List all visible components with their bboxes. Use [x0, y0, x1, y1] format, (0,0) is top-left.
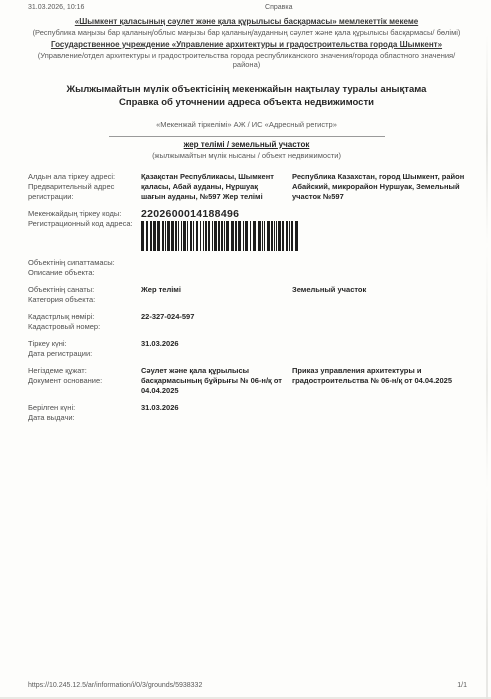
field-value-kk: 22-327-024-597	[141, 312, 283, 322]
field-row-object-description: Объектінің сипаттамасы: Описание объекта…	[28, 258, 465, 278]
field-label-ru: Описание объекта:	[28, 268, 134, 278]
field-value-kk: 31.03.2026	[141, 339, 283, 349]
document-title: Жылжымайтын мүлік объектісінің мекенжайы…	[28, 83, 465, 109]
field-value-kk: Қазақстан Республикасы, Шымкент қаласы, …	[141, 172, 283, 202]
field-value-ru: Республика Казахстан, город Шымкент, рай…	[292, 172, 476, 202]
source-system-line: «Мекенжай тіркелімі» АЖ / ИС «Адресный р…	[28, 120, 465, 129]
fields-table: Алдын ала тіркеу адресі: Предварительный…	[28, 172, 465, 423]
page-number: 1/1	[457, 682, 467, 689]
field-label-kk: Алдын ала тіркеу адресі:	[28, 172, 134, 182]
document-title-kk: Жылжымайтын мүлік объектісінің мекенжайы…	[28, 83, 465, 96]
field-label-kk: Объектінің санаты:	[28, 285, 134, 295]
print-footer: https://10.245.12.5/ar/information/i/0/3…	[28, 682, 467, 689]
field-label-ru: Регистрационный код адреса:	[28, 219, 134, 229]
print-url: https://10.245.12.5/ar/information/i/0/3…	[28, 682, 202, 689]
field-label-ru: Дата регистрации:	[28, 349, 134, 359]
org-note-ru: (Управление/отдел архитектуры и градостр…	[28, 51, 465, 70]
field-label-kk: Мекенжайдың тіркеу коды:	[28, 209, 134, 219]
field-label-kk: Тіркеу күні:	[28, 339, 134, 349]
print-header: 31.03.2026, 10:16 Справка	[28, 4, 467, 11]
field-value-kk: 31.03.2026	[141, 403, 283, 413]
field-label-ru: Документ основание:	[28, 376, 134, 386]
field-value-kk: Жер телімі	[141, 285, 283, 295]
field-label-kk: Объектінің сипаттамасы:	[28, 258, 134, 268]
field-row-basis-document: Негіздеме құжат: Документ основание: Сәу…	[28, 366, 465, 396]
field-label-ru: Предварительный адрес регистрации:	[28, 182, 134, 202]
field-value-kk: Сәулет және қала құрылысы басқармасының …	[141, 366, 283, 396]
field-value-ru: Земельный участок	[292, 285, 476, 295]
field-row-cadastral-number: Кадастрлық нөмірі: Кадастровый номер: 22…	[28, 312, 465, 332]
field-row-registration-date: Тіркеу күні: Дата регистрации: 31.03.202…	[28, 339, 465, 359]
org-name-kk: «Шымкент қаласының сәулет және қала құры…	[28, 17, 465, 27]
field-row-preliminary-address: Алдын ала тіркеу адресі: Предварительный…	[28, 172, 465, 202]
field-label-ru: Дата выдачи:	[28, 413, 134, 423]
registration-code-value: 2202600014188496	[141, 209, 341, 219]
field-row-issue-date: Берілген күні: Дата выдачи: 31.03.2026	[28, 403, 465, 423]
object-type-note: (жылжымайтын мүлік нысаны / объект недви…	[28, 151, 465, 160]
barcode	[141, 221, 298, 251]
print-datetime: 31.03.2026, 10:16	[28, 4, 84, 11]
field-value-ru: Приказ управления архитектуры и градостр…	[292, 366, 476, 386]
field-label-ru: Категория объекта:	[28, 295, 134, 305]
object-type-title: жер телімі / земельный участок	[28, 140, 465, 149]
field-row-registration-code: Мекенжайдың тіркеу коды: Регистрационный…	[28, 209, 465, 251]
field-label-ru: Кадастровый номер:	[28, 322, 134, 332]
field-label-kk: Берілген күні:	[28, 403, 134, 413]
document-title-ru: Справка об уточнении адреса объекта недв…	[28, 96, 465, 109]
field-row-object-category: Объектінің санаты: Категория объекта: Же…	[28, 285, 465, 305]
field-label-kk: Негіздеме құжат:	[28, 366, 134, 376]
divider-line	[109, 136, 385, 137]
field-label-kk: Кадастрлық нөмірі:	[28, 312, 134, 322]
org-note-kk: (Республика маңызы бар қаланың/облыс маң…	[28, 28, 465, 38]
print-doc-name: Справка	[265, 4, 292, 11]
document-page: «Шымкент қаласының сәулет және қала құры…	[0, 0, 491, 423]
org-name-ru: Государственное учреждение «Управление а…	[28, 40, 465, 50]
